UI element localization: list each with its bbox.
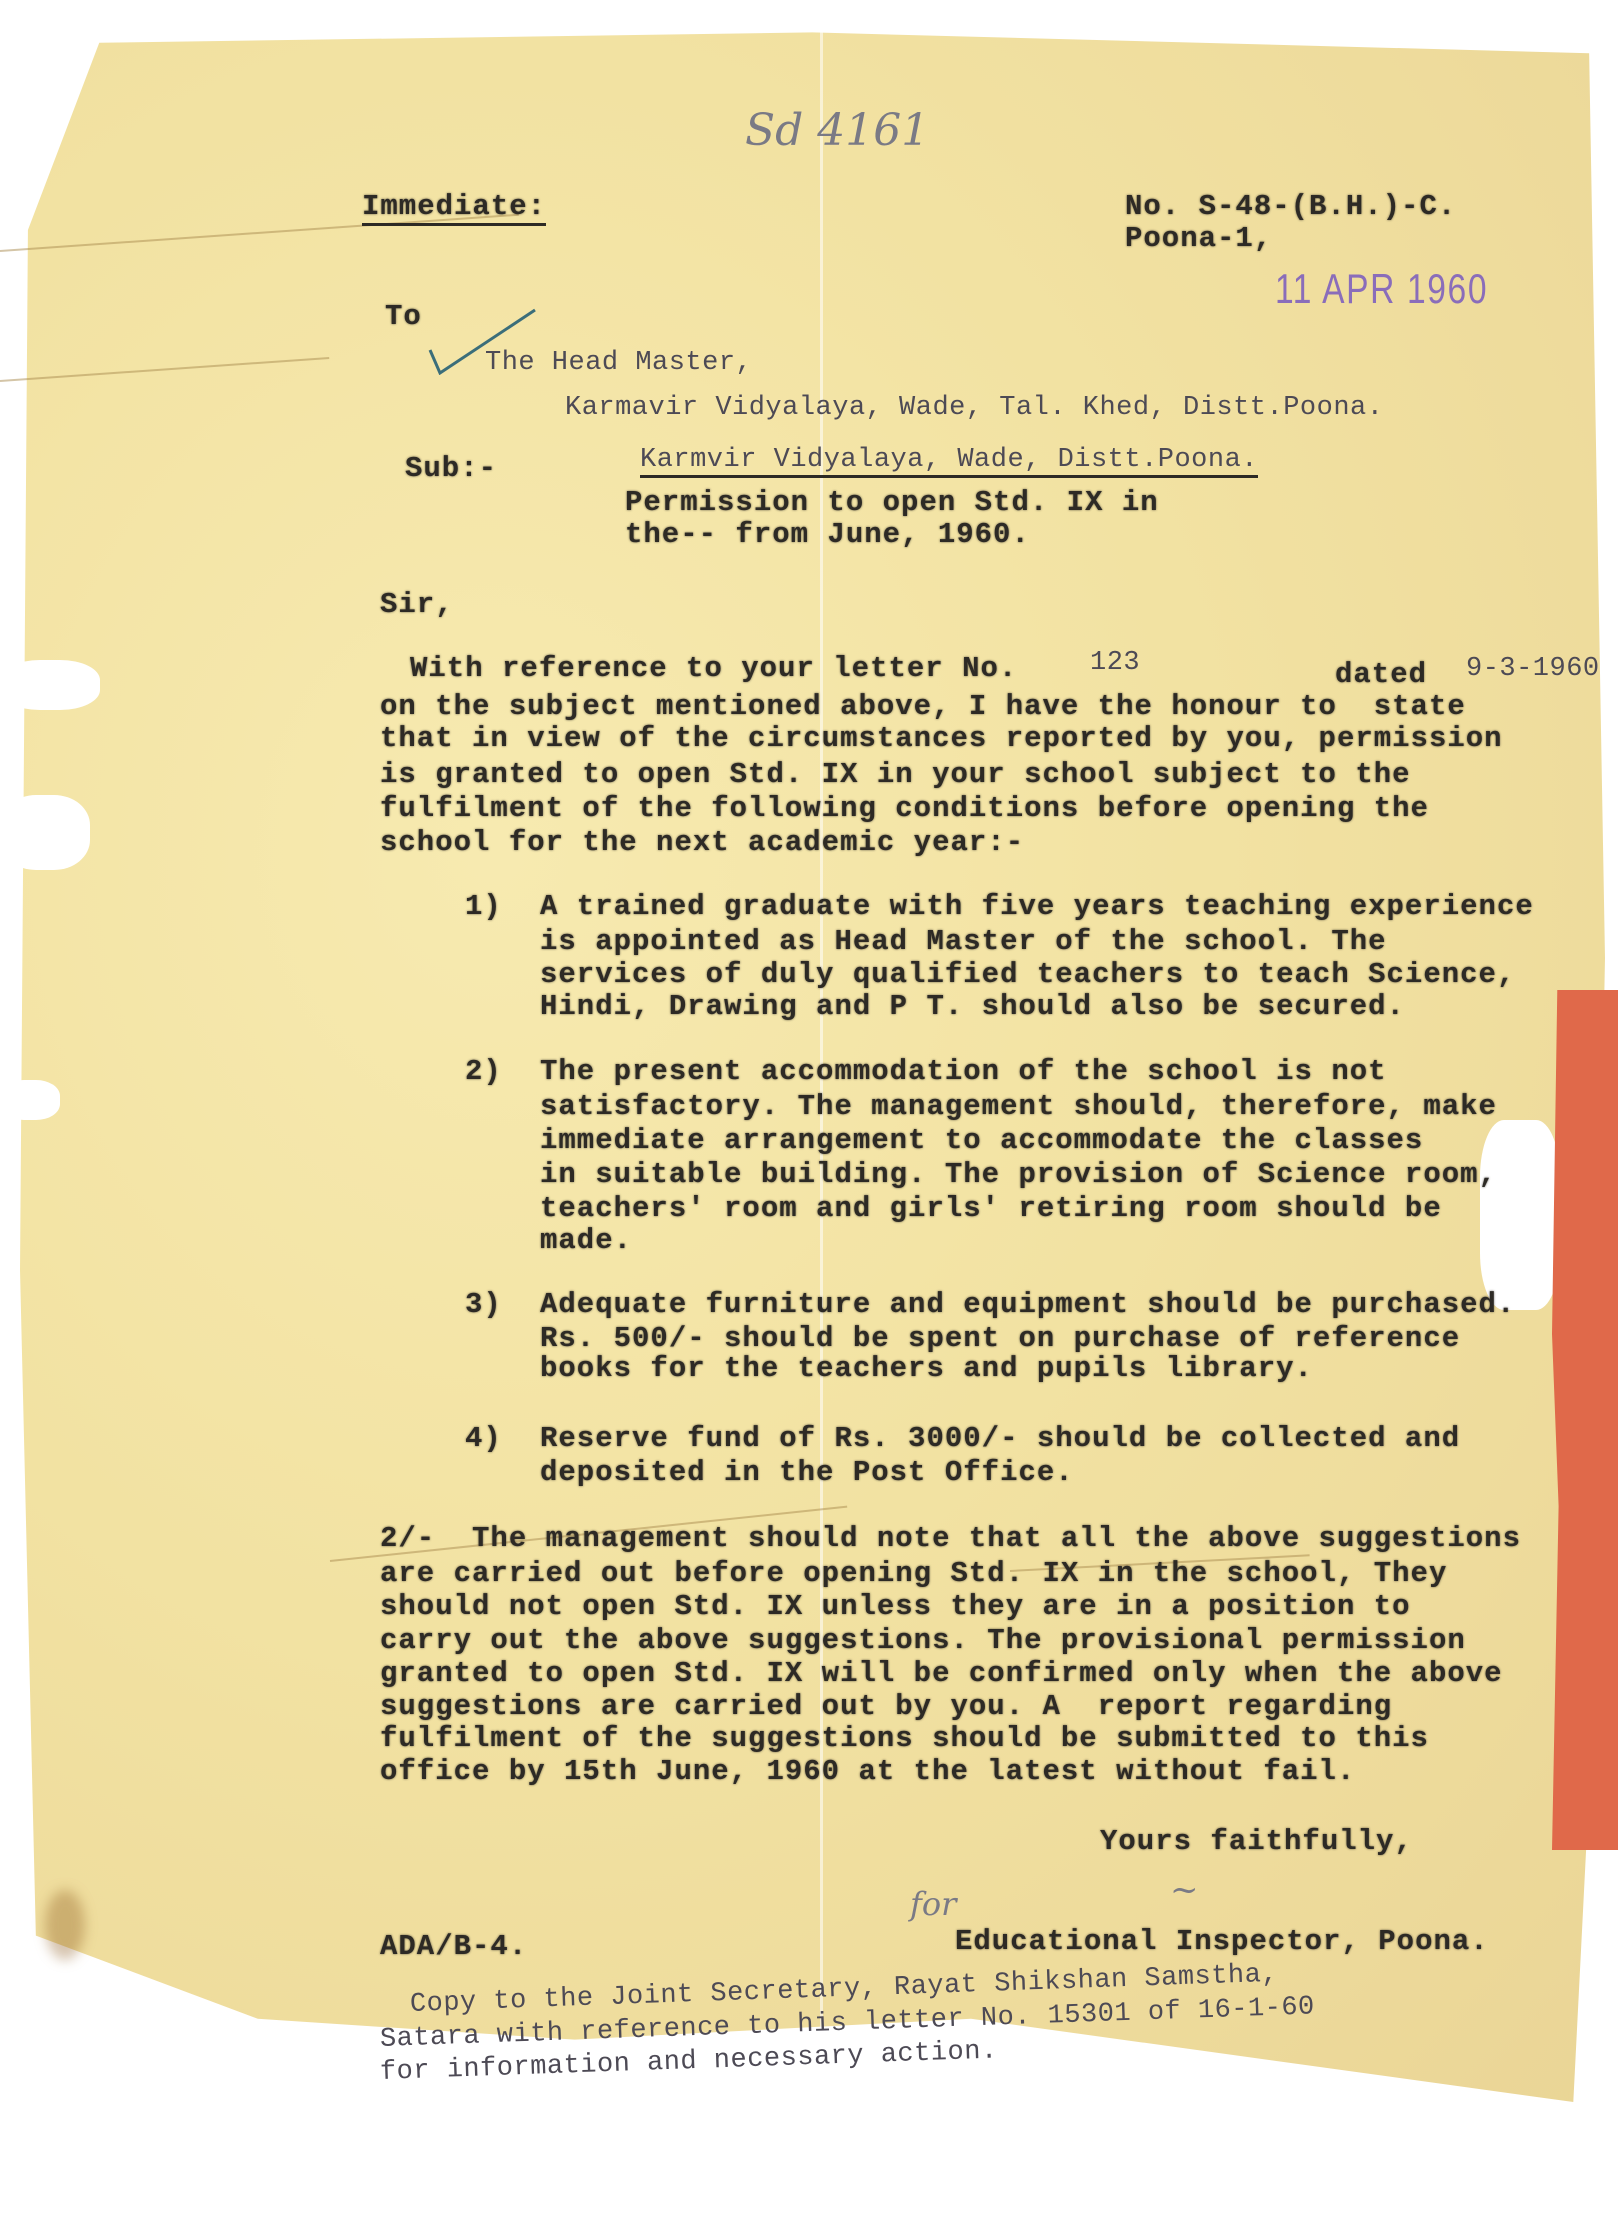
condition-line: deposited in the Post Office. bbox=[540, 1456, 1074, 1489]
paragraph-line: fulfilment of the suggestions should be … bbox=[380, 1722, 1429, 1755]
subject-label: Sub:- bbox=[405, 452, 497, 485]
paragraph-line: office by 15th June, 1960 at the latest … bbox=[380, 1755, 1355, 1788]
intro-line: that in view of the circumstances report… bbox=[380, 722, 1503, 755]
salutation: Sir, bbox=[380, 588, 454, 621]
condition-line: in suitable building. The provision of S… bbox=[540, 1158, 1497, 1191]
condition-line: books for the teachers and pupils librar… bbox=[540, 1352, 1313, 1385]
intro-prefix: With reference to your letter No. bbox=[410, 652, 1017, 685]
intro-letter-number: 123 bbox=[1090, 648, 1140, 678]
condition-line: services of duly qualified teachers to t… bbox=[540, 958, 1515, 991]
paragraph-line: 2/- The management should note that all … bbox=[380, 1522, 1521, 1555]
recipient-line2: Karmavir Vidyalaya, Wade, Tal. Khed, Dis… bbox=[565, 393, 1383, 423]
condition-line: Rs. 500/- should be spent on purchase of… bbox=[540, 1322, 1460, 1355]
intro-line: fulfilment of the following conditions b… bbox=[380, 792, 1429, 825]
condition-line: teachers' room and girls' retiring room … bbox=[540, 1192, 1442, 1225]
condition-number: 2) bbox=[465, 1055, 502, 1088]
paragraph-line: are carried out before opening Std. IX i… bbox=[380, 1557, 1447, 1590]
punch-hole bbox=[0, 660, 100, 710]
handwritten-reference: Sd 4161 bbox=[745, 105, 929, 156]
condition-line: Adequate furniture and equipment should … bbox=[540, 1288, 1515, 1321]
condition-number: 1) bbox=[465, 890, 502, 923]
to-label: To bbox=[385, 300, 422, 333]
condition-line: satisfactory. The management should, the… bbox=[540, 1090, 1497, 1123]
condition-line: Hindi, Drawing and P T. should also be s… bbox=[540, 990, 1405, 1023]
intro-letter-date: 9-3-1960 bbox=[1466, 654, 1600, 684]
intro-line: is granted to open Std. IX in your schoo… bbox=[380, 758, 1411, 791]
paragraph-line: granted to open Std. IX will be confirme… bbox=[380, 1657, 1503, 1690]
intro-dated-label: dated bbox=[1335, 658, 1427, 691]
intro-line: on the subject mentioned above, I have t… bbox=[380, 690, 1466, 723]
paragraph-line: suggestions are carried out by you. A re… bbox=[380, 1690, 1392, 1723]
condition-line: The present accommodation of the school … bbox=[540, 1055, 1387, 1088]
signature-for-mark: for bbox=[910, 1885, 956, 1923]
initials-code: ADA/B-4. bbox=[380, 1930, 527, 1963]
intro-line: school for the next academic year:- bbox=[380, 826, 1024, 859]
punch-hole bbox=[0, 795, 90, 870]
subject-line3: the-- from June, 1960. bbox=[625, 518, 1030, 551]
condition-number: 3) bbox=[465, 1288, 502, 1321]
punch-hole bbox=[0, 1080, 60, 1120]
condition-number: 4) bbox=[465, 1422, 502, 1455]
red-paper-tab bbox=[1552, 990, 1618, 1850]
date-stamp: 11 APR 1960 bbox=[1275, 265, 1488, 313]
paragraph-line: should not open Std. IX unless they are … bbox=[380, 1590, 1411, 1623]
condition-line: is appointed as Head Master of the schoo… bbox=[540, 925, 1387, 958]
condition-line: A trained graduate with five years teach… bbox=[540, 890, 1534, 923]
condition-line: immediate arrangement to accommodate the… bbox=[540, 1124, 1423, 1157]
signature: ~ bbox=[1170, 1870, 1199, 1910]
signatory: Educational Inspector, Poona. bbox=[955, 1925, 1489, 1958]
recipient-line1: The Head Master, bbox=[485, 348, 752, 378]
stain bbox=[45, 1890, 85, 1960]
condition-line: Reserve fund of Rs. 3000/- should be col… bbox=[540, 1422, 1460, 1455]
subject-line2: Permission to open Std. IX in bbox=[625, 486, 1159, 519]
condition-line: made. bbox=[540, 1224, 632, 1257]
paragraph-line: carry out the above suggestions. The pro… bbox=[380, 1624, 1466, 1657]
priority-label: Immediate: bbox=[362, 190, 546, 226]
reference-number: No. S-48-(B.H.)-C. bbox=[1125, 190, 1456, 223]
place: Poona-1, bbox=[1125, 222, 1272, 255]
punch-hole bbox=[1480, 1120, 1560, 1310]
subject-line1: Karmvir Vidyalaya, Wade, Distt.Poona. bbox=[640, 445, 1258, 478]
closing: Yours faithfully, bbox=[1100, 1825, 1413, 1858]
